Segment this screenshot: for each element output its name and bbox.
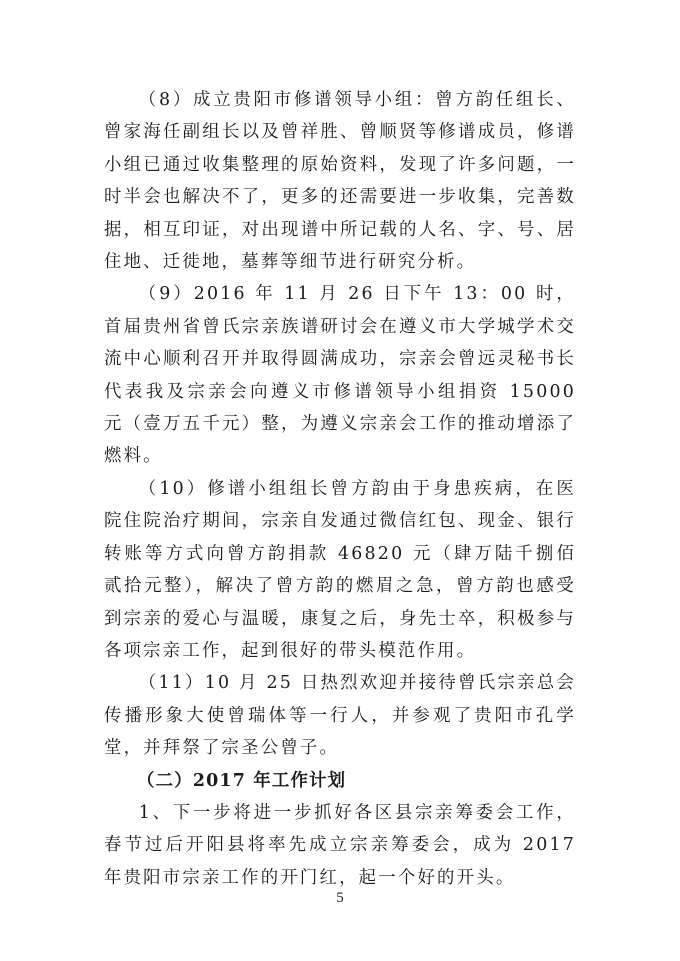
page-number: 5 — [0, 890, 680, 907]
paragraph-item-11: （11）10 月 25 日热烈欢迎并接待曾氏宗亲总会传播形象大使曾瑞体等一行人，… — [104, 667, 576, 764]
plan-item-1: 1、下一步将进一步抓好各区县宗亲筹委会工作，春节过后开阳县将率先成立宗亲筹委会，… — [104, 797, 576, 894]
paragraph-item-10: （10）修谱小组组长曾方韵由于身患疾病，在医院住院治疗期间，宗亲自发通过微信红包… — [104, 473, 576, 667]
paragraph-item-9: （9）2016 年 11 月 26 日下午 13：00 时，首届贵州省曾氏宗亲族… — [104, 278, 576, 472]
document-page: （8）成立贵阳市修谱领导小组：曾方韵任组长、曾家海任副组长以及曾祥胜、曾顺贤等修… — [104, 84, 576, 894]
paragraph-item-8: （8）成立贵阳市修谱领导小组：曾方韵任组长、曾家海任副组长以及曾祥胜、曾顺贤等修… — [104, 84, 576, 278]
section-heading: （二）2017 年工作计划 — [104, 765, 576, 797]
